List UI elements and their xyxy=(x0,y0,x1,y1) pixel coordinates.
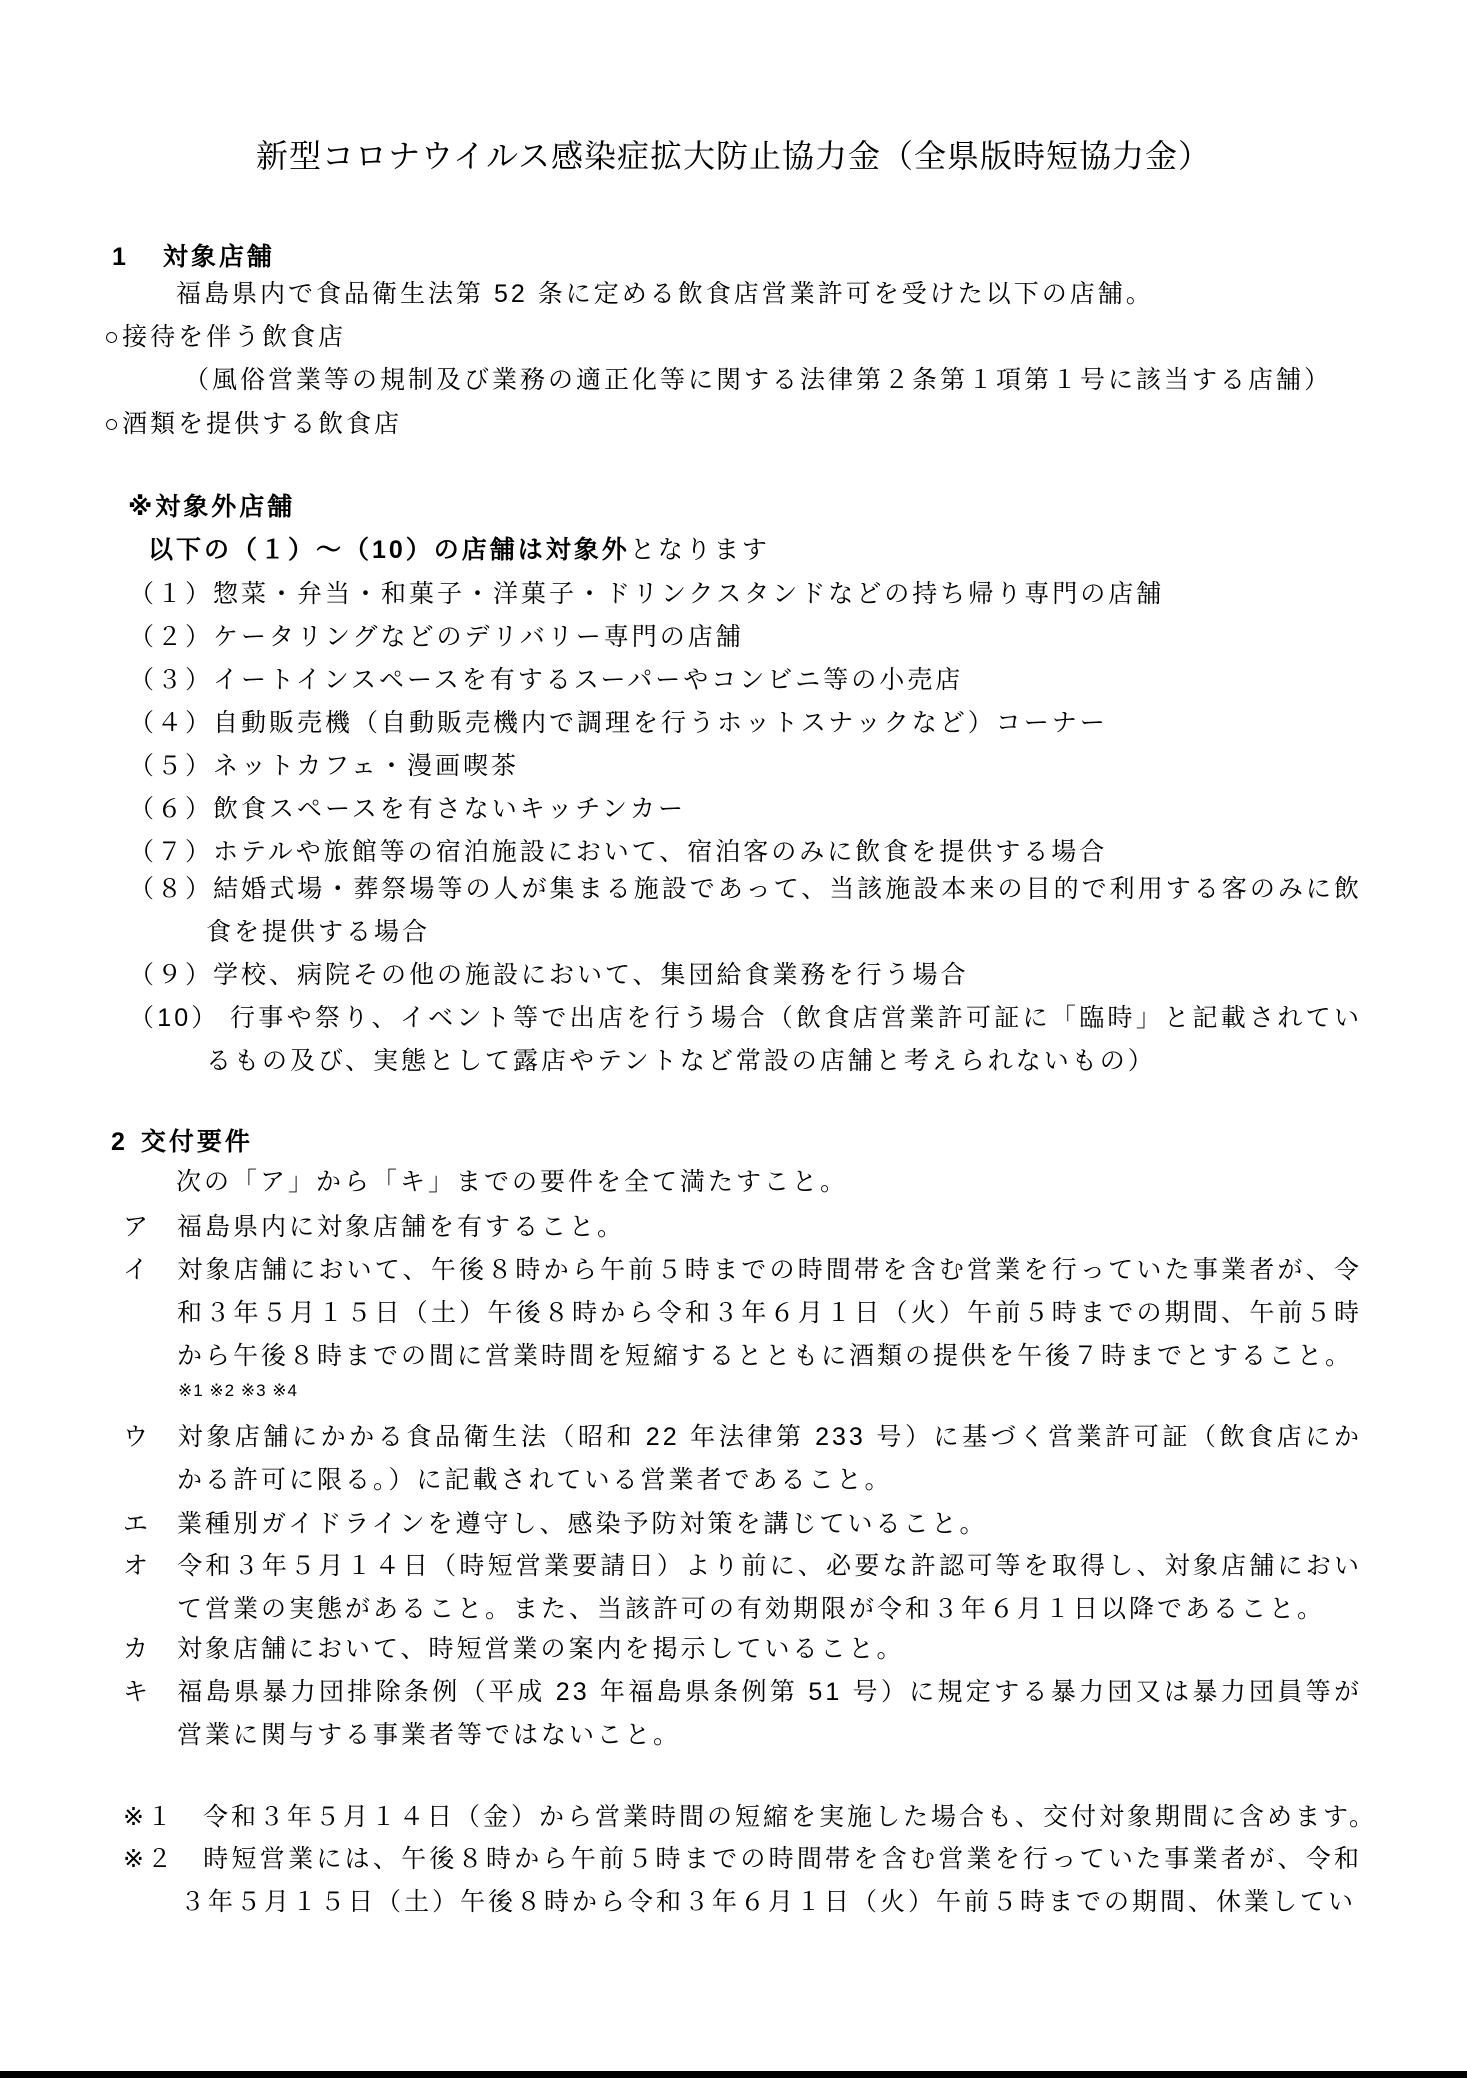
excluded-item-label: （１） xyxy=(129,580,213,608)
excluded-item-text: 行事や祭り、イベント等で出店を行う場合（飲食店営業許可証に「臨時」と記載されてい… xyxy=(206,1004,1362,1075)
excluded-item-text: ケータリングなどのデリバリー専門の店舗 xyxy=(213,623,744,651)
section1-intro: 福島県内で食品衛生法第 52 条に定める飲食店営業許可を受けた以下の店舗。 xyxy=(176,273,1154,316)
excluded-item-2: （２）ケータリングなどのデリバリー専門の店舗 xyxy=(129,616,1362,659)
requirement-label: カ xyxy=(123,1628,177,1671)
excluded-item-text: イートインスペースを有するスーパーやコンビニ等の小売店 xyxy=(213,666,963,694)
requirement-i-note: ※1 ※2 ※3 ※4 xyxy=(178,1380,298,1402)
section2-heading: 2交付要件 xyxy=(111,1121,253,1164)
bullet-item-text: 接待を伴う飲食店 xyxy=(122,323,346,351)
excluded-item-label: （４） xyxy=(129,709,213,737)
footnote-text: 時短営業には、午後８時から午前５時までの時間帯を含む営業を行っていた事業者が、令… xyxy=(180,1845,1362,1916)
section1-heading-label: 対象店舗 xyxy=(163,243,275,271)
footnote-text: 令和３年５月１４日（金）から営業時間の短縮を実施した場合も、交付対象期間に含めま… xyxy=(203,1803,1377,1831)
footnote-1: ※１令和３年５月１４日（金）から営業時間の短縮を実施した場合も、交付対象期間に含… xyxy=(123,1796,1362,1839)
excluded-item-6: （６）飲食スペースを有さないキッチンカー xyxy=(129,788,1362,831)
excluded-item-label: （５） xyxy=(129,752,213,780)
footnote-label: ※２ xyxy=(123,1838,203,1881)
excluded-item-text: ネットカフェ・漫画喫茶 xyxy=(213,752,519,780)
requirement-i: イ対象店舗において、午後８時から午前５時までの時間帯を含む営業を行っていた事業者… xyxy=(123,1249,1362,1378)
requirement-text: 対象店舗にかかる食品衛生法（昭和 22 年法律第 233 号）に基づく営業許可証… xyxy=(177,1423,1362,1494)
page-title: 新型コロナウイルス感染症拡大防止協力金（全県版時短協力金） xyxy=(0,134,1467,178)
requirement-u: ウ対象店舗にかかる食品衛生法（昭和 22 年法律第 233 号）に基づく営業許可… xyxy=(123,1416,1362,1502)
excluded-item-text: 学校、病院その他の施設において、集団給食業務を行う場合 xyxy=(213,961,969,989)
section2-intro: 次の「ア」から「キ」までの要件を全て満たすこと。 xyxy=(176,1161,848,1204)
excluded-item-3: （３）イートインスペースを有するスーパーやコンビニ等の小売店 xyxy=(129,659,1362,702)
excluded-lead: 以下の（１）～（10）の店舗は対象外となります xyxy=(148,529,770,572)
excluded-item-label: （10） xyxy=(129,1004,220,1032)
excluded-item-9: （９）学校、病院その他の施設において、集団給食業務を行う場合 xyxy=(129,954,1362,997)
requirement-text: 業種別ガイドラインを遵守し、感染予防対策を講じていること。 xyxy=(177,1510,988,1538)
bullet-item-text: 酒類を提供する飲食店 xyxy=(122,410,402,438)
section1-number: 1 xyxy=(112,236,129,279)
requirement-label: ウ xyxy=(123,1416,177,1459)
circle-bullet-icon: ○ xyxy=(104,410,122,438)
requirement-label: ア xyxy=(123,1206,177,1249)
excluded-item-label: （２） xyxy=(129,623,213,651)
requirement-o: オ令和３年５月１４日（時短営業要請日）より前に、必要な許認可等を取得し、対象店舗… xyxy=(123,1545,1362,1631)
excluded-item-label: （８） xyxy=(129,875,213,903)
bullet-item-note: （風俗営業等の規制及び業務の適正化等に関する法律第２条第１項第１号に該当する店舗… xyxy=(184,359,1332,402)
excluded-lead-bold: 以下の（１）～（10）の店舗は対象外 xyxy=(148,536,630,564)
requirement-e: エ業種別ガイドラインを遵守し、感染予防対策を講じていること。 xyxy=(123,1503,1362,1546)
requirement-text: 対象店舗において、午後８時から午前５時までの時間帯を含む営業を行っていた事業者が… xyxy=(177,1256,1362,1370)
excluded-item-label: （３） xyxy=(129,666,213,694)
circle-bullet-icon: ○ xyxy=(104,323,122,351)
excluded-lead-regular: となります xyxy=(630,536,770,564)
excluded-heading: ※対象外店舗 xyxy=(128,486,295,529)
bullet-item-settai: ○接待を伴う飲食店 xyxy=(104,316,346,359)
excluded-item-text: 自動販売機（自動販売機内で調理を行うホットスナックなど）コーナー xyxy=(213,709,1108,737)
document-page: 新型コロナウイルス感染症拡大防止協力金（全県版時短協力金） 1対象店舗 福島県内… xyxy=(0,0,1467,2078)
excluded-item-8: （８）結婚式場・葬祭場等の人が集まる施設であって、当該施設本来の目的で利用する客… xyxy=(129,868,1362,954)
excluded-item-label: （７） xyxy=(129,838,213,866)
excluded-item-4: （４）自動販売機（自動販売機内で調理を行うホットスナックなど）コーナー xyxy=(129,702,1362,745)
bullet-item-sakerui: ○酒類を提供する飲食店 xyxy=(104,403,402,446)
requirement-text: 福島県内に対象店舗を有すること。 xyxy=(177,1213,625,1241)
requirement-label: オ xyxy=(123,1545,177,1588)
requirement-label: エ xyxy=(123,1503,177,1546)
excluded-item-label: （６） xyxy=(129,795,213,823)
requirement-a: ア福島県内に対象店舗を有すること。 xyxy=(123,1206,1362,1249)
requirement-ka: カ対象店舗において、時短営業の案内を掲示していること。 xyxy=(123,1628,1362,1671)
requirement-label: イ xyxy=(123,1249,177,1292)
excluded-item-5: （５）ネットカフェ・漫画喫茶 xyxy=(129,745,1362,788)
page-bottom-edge xyxy=(0,2071,1467,2078)
excluded-item-text: 飲食スペースを有さないキッチンカー xyxy=(213,795,686,823)
requirement-text: 対象店舗において、時短営業の案内を掲示していること。 xyxy=(177,1635,905,1663)
requirement-text: 福島県暴力団排除条例（平成 23 年福島県条例第 51 号）に規定する暴力団又は… xyxy=(177,1678,1362,1749)
requirement-ki: キ福島県暴力団排除条例（平成 23 年福島県条例第 51 号）に規定する暴力団又… xyxy=(123,1671,1362,1757)
excluded-item-label: （９） xyxy=(129,961,213,989)
excluded-item-text: 惣菜・弁当・和菓子・洋菓子・ドリンクスタンドなどの持ち帰り専門の店舗 xyxy=(213,580,1164,608)
excluded-item-1: （１）惣菜・弁当・和菓子・洋菓子・ドリンクスタンドなどの持ち帰り専門の店舗 xyxy=(129,573,1362,616)
section2-heading-label: 交付要件 xyxy=(141,1128,253,1156)
excluded-item-text: ホテルや旅館等の宿泊施設において、宿泊客のみに飲食を提供する場合 xyxy=(213,838,1107,866)
requirement-text: 令和３年５月１４日（時短営業要請日）より前に、必要な許認可等を取得し、対象店舗に… xyxy=(177,1552,1362,1623)
footnote-2: ※２時短営業には、午後８時から午前５時までの時間帯を含む営業を行っていた事業者が… xyxy=(123,1838,1362,1924)
excluded-item-text: 結婚式場・葬祭場等の人が集まる施設であって、当該施設本来の目的で利用する客のみに… xyxy=(206,875,1362,946)
excluded-item-10: （10） 行事や祭り、イベント等で出店を行う場合（飲食店営業許可証に「臨時」と記… xyxy=(129,997,1362,1083)
requirement-label: キ xyxy=(123,1671,177,1714)
footnote-label: ※１ xyxy=(123,1796,203,1839)
section2-number: 2 xyxy=(111,1121,128,1164)
